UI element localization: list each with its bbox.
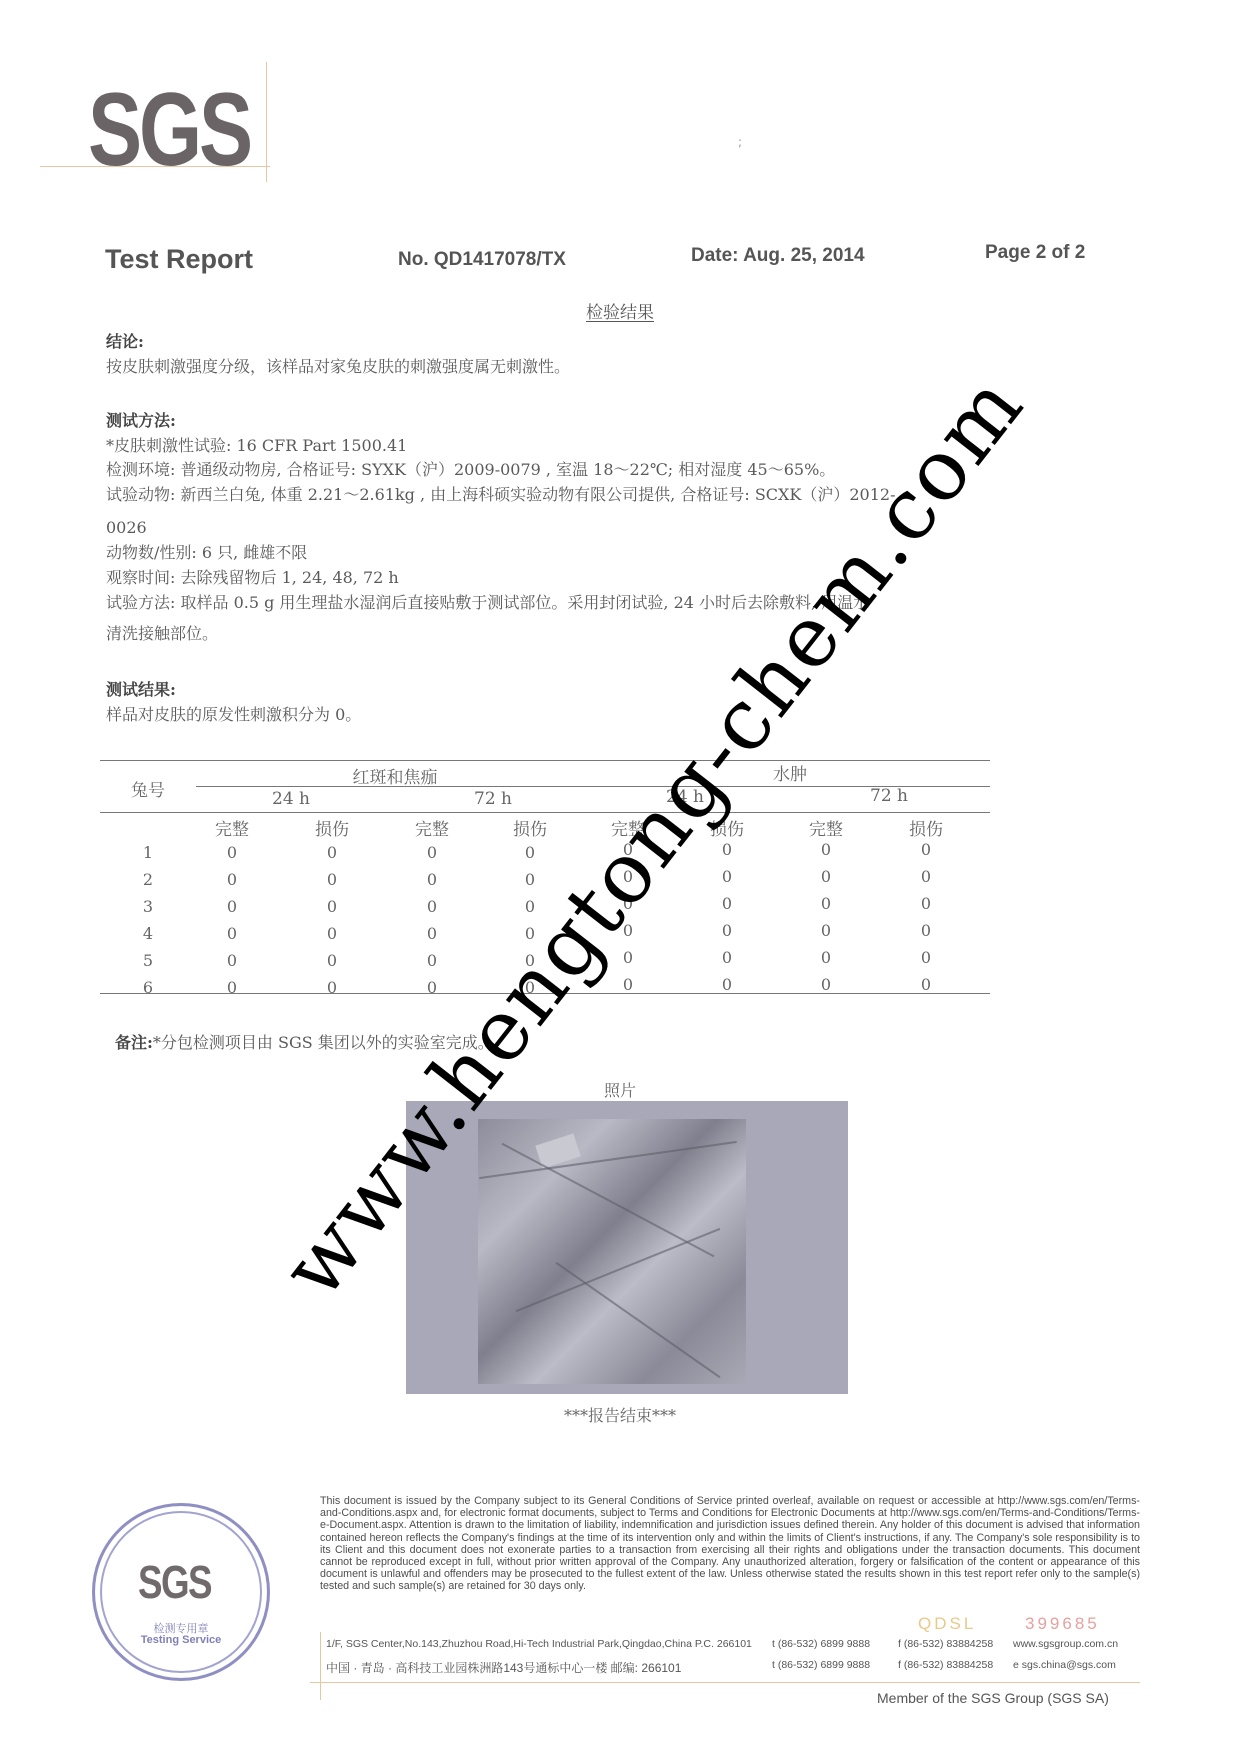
method-label: 测试方法: (106, 409, 176, 433)
address-en: 1/F, SGS Center,No.143,Zhuzhou Road,Hi-T… (326, 1638, 752, 1650)
method-line: 观察时间: 去除残留物后 1, 24, 48, 72 h (106, 566, 399, 590)
rabbit-id: 5 (118, 951, 178, 970)
score-cell: 0 (302, 978, 362, 997)
time-header: 24 h (246, 789, 336, 809)
rabbit-id: 2 (118, 870, 178, 889)
scan-mark: ; (738, 135, 742, 149)
score-cell: 0 (697, 948, 757, 967)
score-cell: 0 (402, 897, 462, 916)
method-line: 动物数/性别: 6 只, 雌雄不限 (106, 541, 307, 565)
result-label: 测试结果: (106, 678, 176, 702)
score-cell: 0 (202, 870, 262, 889)
score-cell: 0 (697, 894, 757, 913)
fax: f (86-532) 83884258 (898, 1638, 993, 1650)
score-cell: 0 (796, 840, 856, 859)
score-cell: 0 (302, 951, 362, 970)
score-cell: 0 (796, 921, 856, 940)
logo-divider (40, 166, 270, 167)
method-line: 0026 (106, 516, 147, 540)
note-label: 备注: (115, 1033, 153, 1052)
sample-sheet-image (478, 1119, 746, 1384)
subcolumn-header: 损伤 (894, 815, 958, 840)
score-cell: 0 (202, 951, 262, 970)
score-cell: 0 (896, 867, 956, 886)
score-cell: 0 (697, 975, 757, 994)
group-header: 红斑和焦痂 (300, 763, 490, 788)
email-link[interactable]: e sgs.china@sgs.com (1013, 1659, 1116, 1671)
score-cell: 0 (796, 975, 856, 994)
subcolumn-header: 损伤 (300, 815, 364, 840)
method-line: 清洗接触部位。 (106, 622, 218, 646)
score-cell: 0 (896, 840, 956, 859)
method-line: 试验动物: 新西兰白兔, 体重 2.21～2.61kg , 由上海科硕实验动物有… (106, 483, 896, 507)
score-cell: 0 (302, 870, 362, 889)
rabbit-id: 3 (118, 897, 178, 916)
rabbit-id: 6 (118, 978, 178, 997)
score-cell: 0 (402, 870, 462, 889)
method-line: 检测环境: 普通级动物房, 合格证号: SYXK（沪）2009-0079 , 室… (106, 458, 835, 482)
score-cell: 0 (202, 843, 262, 862)
score-cell: 0 (402, 978, 462, 997)
time-header: 72 h (844, 786, 934, 806)
score-cell: 0 (302, 897, 362, 916)
address-rule (310, 1682, 1140, 1683)
subcolumn-header: 完整 (794, 815, 858, 840)
stamp-sgs-logo: SGS (138, 1555, 211, 1609)
score-cell: 0 (896, 975, 956, 994)
result-text: 样品对皮肤的原发性刺激积分为 0。 (106, 703, 361, 727)
address-divider (320, 1632, 321, 1700)
legal-disclaimer: This document is issued by the Company s… (320, 1495, 1140, 1593)
score-cell: 0 (796, 948, 856, 967)
time-header: 72 h (448, 789, 538, 809)
rabbit-id: 4 (118, 924, 178, 943)
section-title: 检验结果 (0, 298, 1240, 323)
conclusion-label: 结论: (106, 330, 144, 354)
photo-caption: 照片 (0, 1078, 1240, 1101)
score-cell: 0 (697, 867, 757, 886)
score-cell: 0 (302, 843, 362, 862)
score-cell: 0 (402, 843, 462, 862)
score-cell: 0 (896, 948, 956, 967)
page-indicator: Page 2 of 2 (985, 242, 1085, 264)
rabbit-id: 1 (118, 843, 178, 862)
score-cell: 0 (896, 921, 956, 940)
end-of-report-marker: ***报告结束*** (0, 1403, 1240, 1426)
method-line: *皮肤刺激性试验: 16 CFR Part 1500.41 (106, 434, 407, 458)
serial-number: 399685 (1025, 1614, 1100, 1634)
score-cell: 0 (402, 951, 462, 970)
phone: t (86-532) 6899 9888 (772, 1638, 870, 1650)
score-cell: 0 (202, 924, 262, 943)
fax: f (86-532) 83884258 (898, 1659, 993, 1671)
serial-prefix: QDSL (918, 1614, 976, 1634)
logo-divider-vertical (266, 62, 267, 182)
score-cell: 0 (796, 867, 856, 886)
score-cell: 0 (697, 921, 757, 940)
score-cell: 0 (402, 924, 462, 943)
report-date: Date: Aug. 25, 2014 (691, 245, 865, 267)
score-cell: 0 (202, 978, 262, 997)
member-line: Member of the SGS Group (SGS SA) (877, 1690, 1109, 1706)
method-line: 试验方法: 取样品 0.5 g 用生理盐水湿润后直接贴敷于测试部位。采用封闭试验… (106, 591, 869, 615)
conclusion-text: 按皮肤刺激强度分级，该样品对家兔皮肤的刺激强度属无刺激性。 (106, 355, 570, 379)
score-cell: 0 (796, 894, 856, 913)
website-link[interactable]: www.sgsgroup.com.cn (1013, 1638, 1118, 1650)
stamp-en-label: Testing Service (0, 1634, 362, 1646)
score-cell: 0 (598, 975, 658, 994)
subcolumn-header: 完整 (200, 815, 264, 840)
subcolumn-header: 损伤 (498, 815, 562, 840)
table-header-rule (100, 812, 990, 813)
report-number: No. QD1417078/TX (398, 249, 566, 271)
address-cn: 中国 · 青岛 · 高科技工业园株洲路143号通标中心一楼 邮编: 266101 (326, 1659, 681, 1676)
report-title: Test Report (105, 244, 253, 275)
subcolumn-header: 完整 (400, 815, 464, 840)
phone: t (86-532) 6899 9888 (772, 1659, 870, 1671)
rabbit-id-header: 兔号 (118, 776, 178, 801)
score-cell: 0 (896, 894, 956, 913)
score-cell: 0 (202, 897, 262, 916)
score-cell: 0 (302, 924, 362, 943)
score-cell: 0 (500, 843, 560, 862)
